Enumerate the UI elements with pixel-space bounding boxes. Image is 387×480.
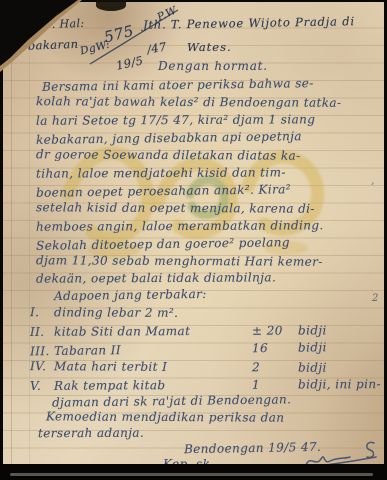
left-margin-rule-2 — [29, 2, 30, 466]
burned-item-row: I. dinding lebar 2 m². — [30, 305, 364, 321]
body-line: setelah kisid dan oepet menjala, karena … — [36, 200, 315, 215]
item-text: kitab Siti dan Mamat — [54, 324, 252, 339]
salutation: Dengan hormat. — [158, 59, 268, 73]
body-line: Adapoen jang terbakar: — [54, 287, 207, 303]
margin-number: 2 — [372, 293, 378, 304]
item-marker: V. — [30, 379, 54, 393]
document-photo: No 15. Hal: Kebakaran P.W DgW: 575 /47 1… — [0, 0, 387, 480]
burned-item-row: II. kitab Siti dan Mamat ± 20 bidji — [30, 323, 364, 339]
body-line: djam 11,30 sebab menghormati Hari kemer- — [36, 253, 323, 269]
body-line: kolah ra'jat bawah kelas² di Bendoengan … — [36, 94, 342, 110]
item-marker: III. — [30, 344, 54, 358]
body-line: tihan, laloe mendjatoehi kisid dan tim- — [36, 165, 286, 180]
item-text: Rak tempat kitab — [54, 378, 252, 393]
margin-tick: ’ — [371, 182, 374, 193]
burned-item-row: V. Rak tempat kitab 1 bidji, ini pin- — [30, 377, 364, 393]
body-line: hemboes angin, laloe merambatkan dinding… — [36, 218, 324, 234]
item-count — [252, 306, 298, 320]
addressee-line-2: Wates. — [187, 40, 232, 54]
item-text: Tabaran II — [54, 341, 252, 358]
closing-line: Kemoedian mendjadikan periksa dan — [46, 409, 285, 424]
item-count: 2 — [252, 360, 298, 374]
place-date-line: Bendoengan 19/5 47. — [184, 440, 321, 456]
item-marker: I. — [30, 305, 54, 319]
body-line: dr goeroe Soewanda diletakan diatas ka- — [36, 147, 301, 162]
top-edge-stain — [96, 0, 126, 11]
burned-item-row: IV. Mata hari terbit I 2 bidji — [30, 359, 364, 375]
item-unit: bidji — [298, 361, 364, 375]
left-margin-rule — [11, 2, 12, 466]
item-unit — [298, 307, 364, 321]
item-unit: bidji — [298, 323, 364, 337]
item-count: ± 20 — [252, 323, 298, 337]
body-line: la hari Setoe tg 17/5 47, kira² djam 1 s… — [36, 112, 315, 127]
bottom-grey-line — [10, 473, 373, 476]
closing-line: terserah adanja. — [38, 426, 144, 441]
body-line: dekaän, oepet balai tidak diambilnja. — [36, 270, 276, 285]
item-count: 1 — [252, 377, 298, 391]
item-unit: bidji — [298, 340, 364, 355]
item-text: Mata hari terbit I — [54, 359, 252, 374]
item-text: dinding lebar 2 m². — [54, 305, 252, 320]
item-unit: bidji, ini pin- — [298, 377, 381, 391]
item-marker: II. — [30, 325, 54, 339]
item-count: 16 — [252, 341, 298, 356]
photo-bottom-edge — [0, 464, 387, 480]
item-marker: IV. — [30, 359, 54, 373]
